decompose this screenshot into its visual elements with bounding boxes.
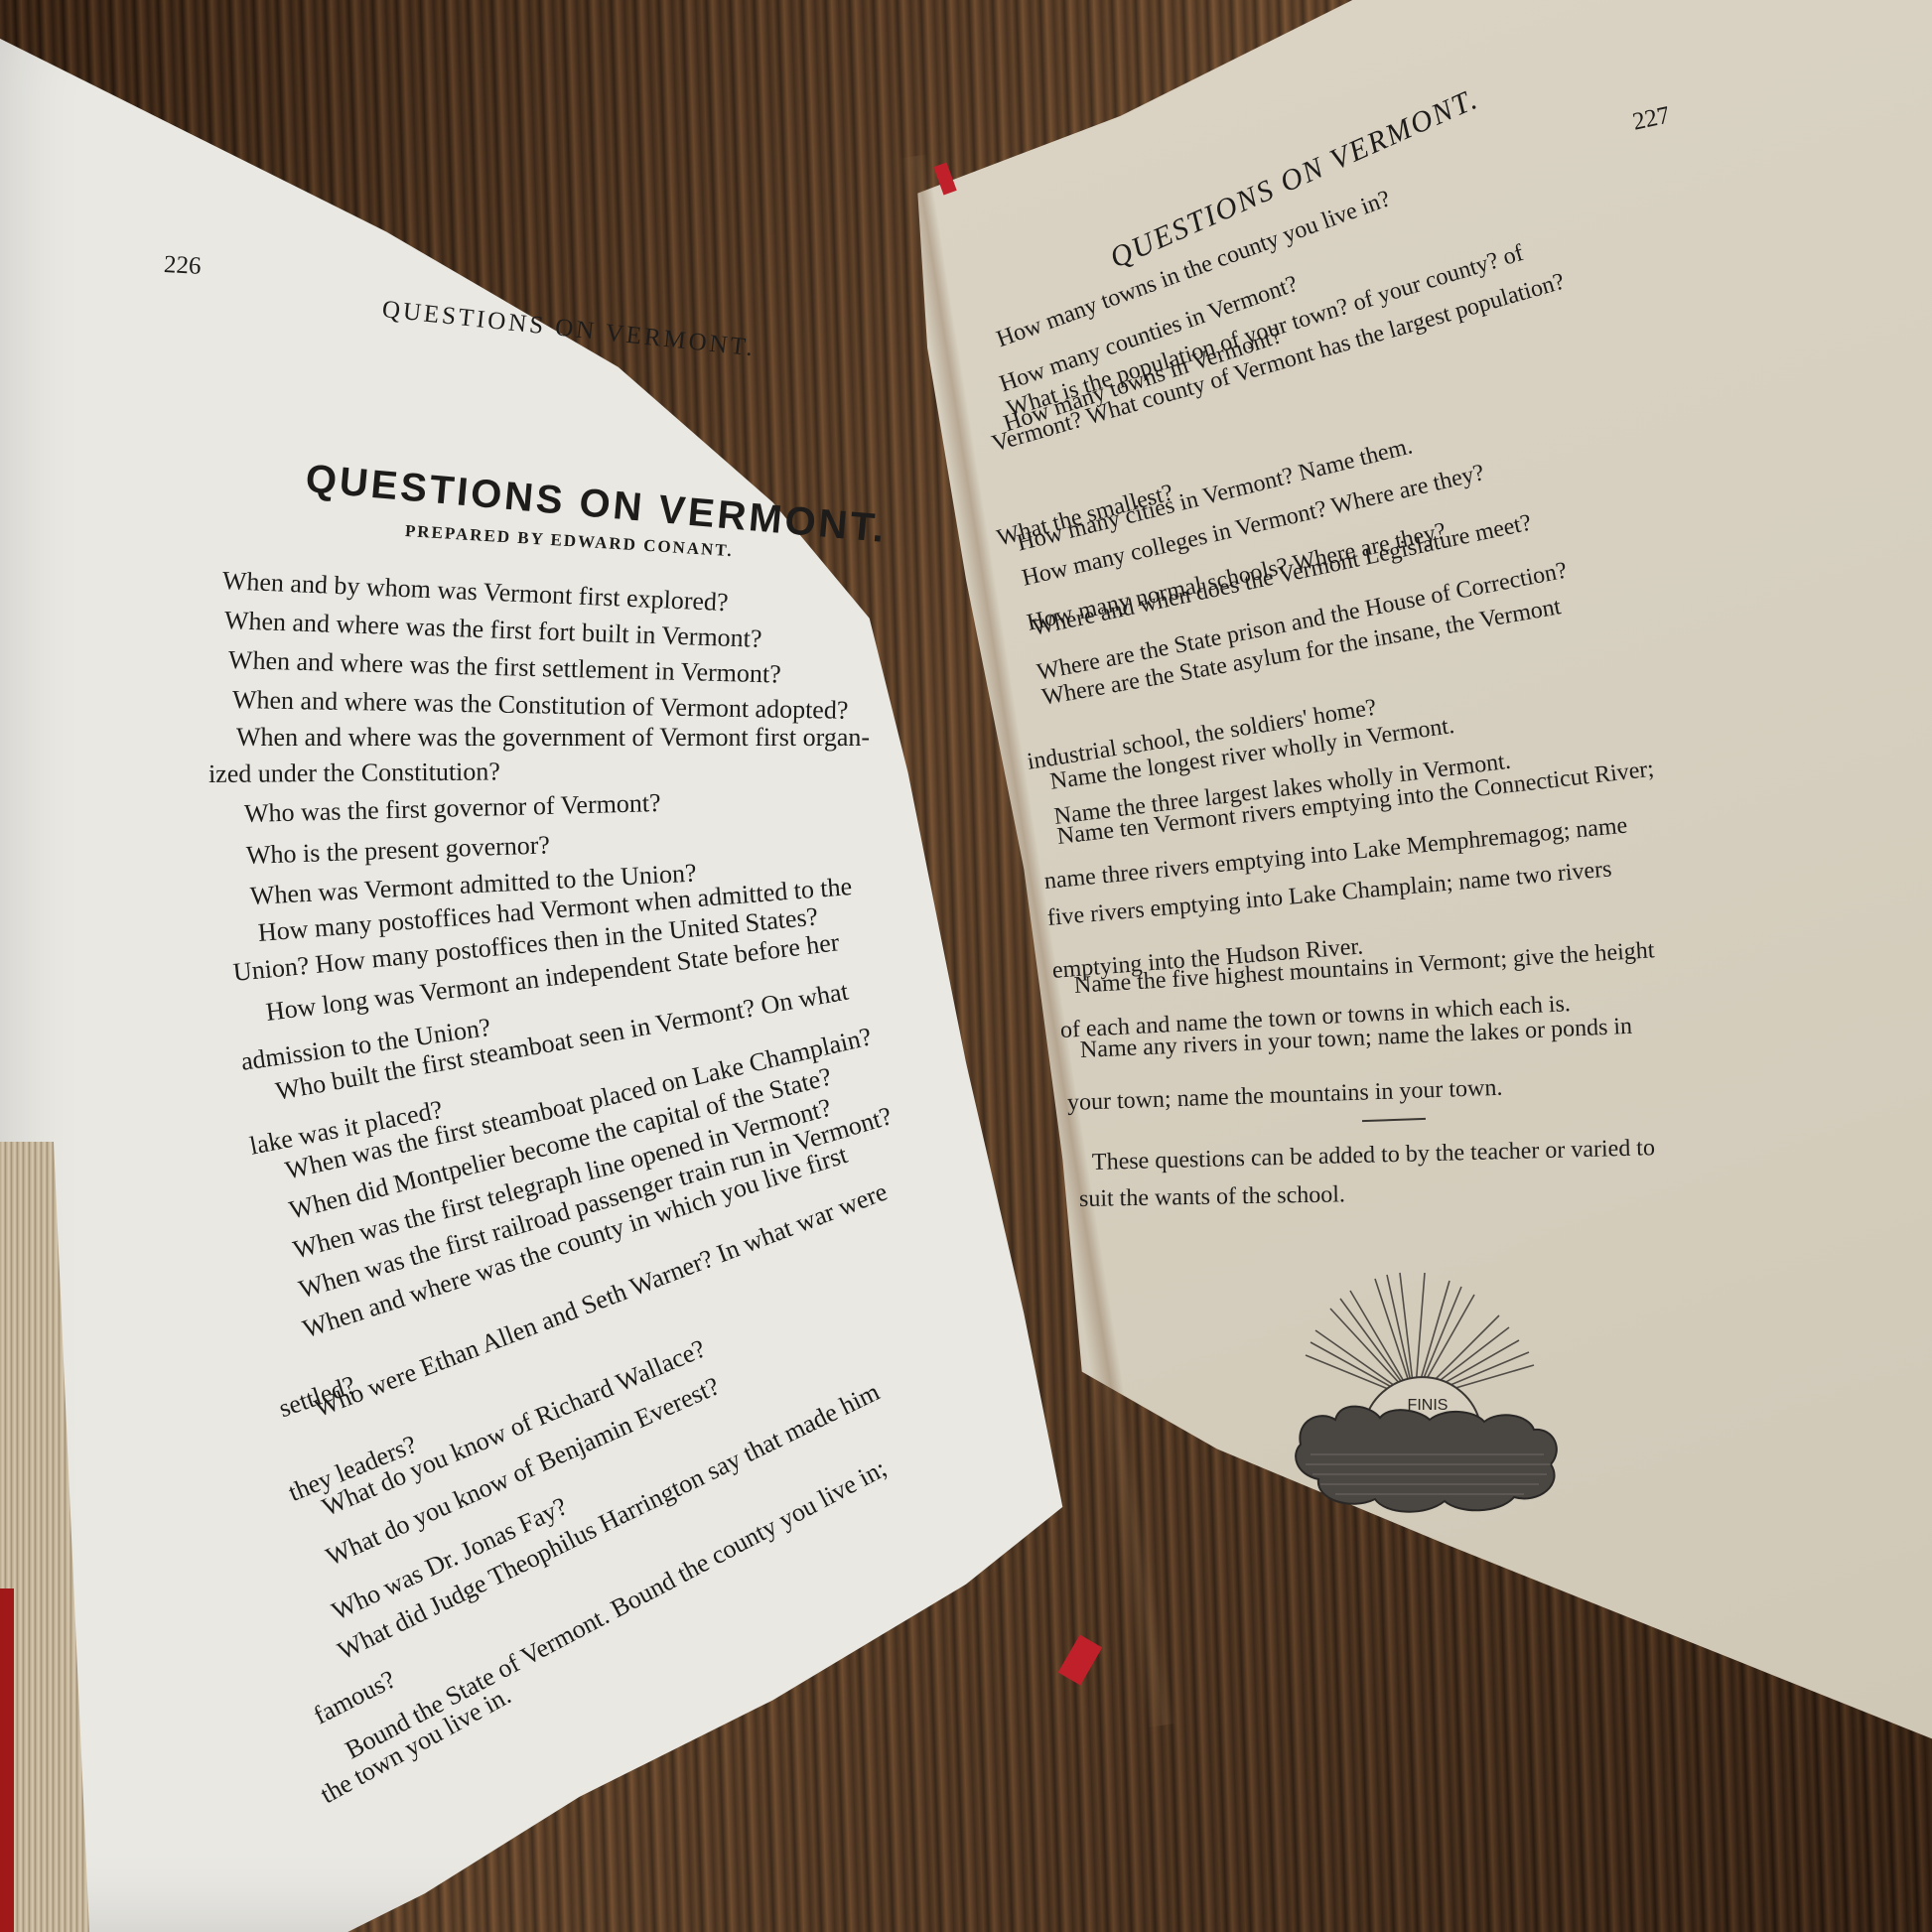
left-page-number: 226 (163, 251, 202, 281)
finis-tailpiece: FINIS (1291, 1271, 1588, 1529)
question-line: When and where was the government of Ver… (236, 723, 870, 753)
closing-note-line: suit the wants of the school. (1079, 1181, 1345, 1213)
book-cover-edge (0, 1588, 14, 1932)
sunburst-clouds-icon: FINIS (1291, 1271, 1588, 1529)
question-line: ized under the Constitution? (208, 757, 500, 789)
